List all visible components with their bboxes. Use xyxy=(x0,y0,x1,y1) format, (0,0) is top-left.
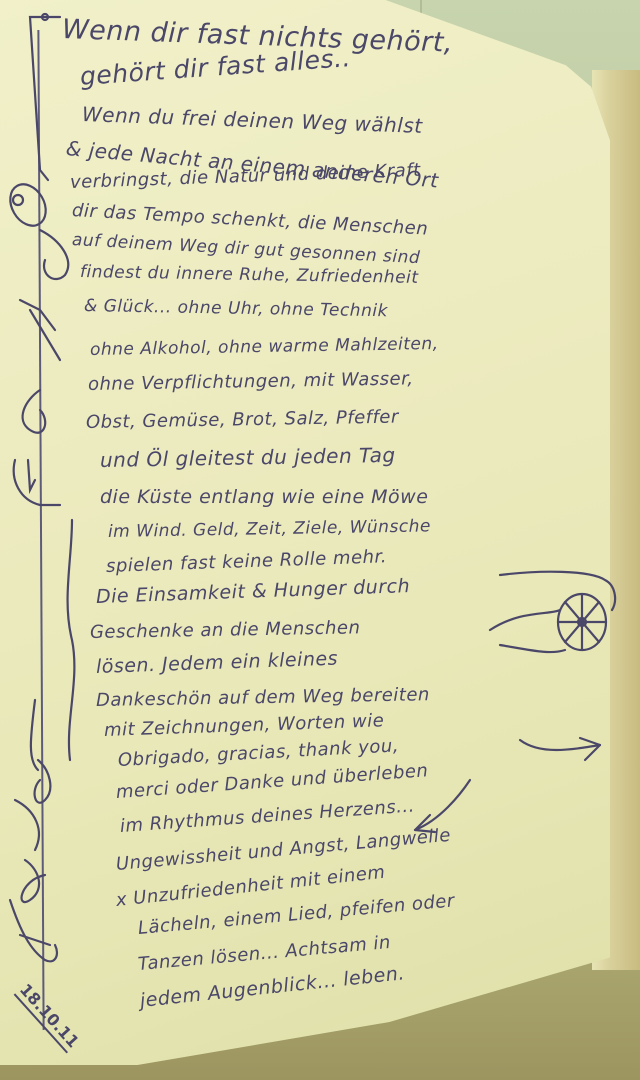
arrow-doodle-icon xyxy=(380,720,620,850)
text-line: und Öl gleitest du jeden Tag xyxy=(100,443,396,472)
wagon-wheel-doodle-icon xyxy=(480,560,640,660)
text-line: die Küste entlang wie eine Möwe xyxy=(100,486,428,508)
